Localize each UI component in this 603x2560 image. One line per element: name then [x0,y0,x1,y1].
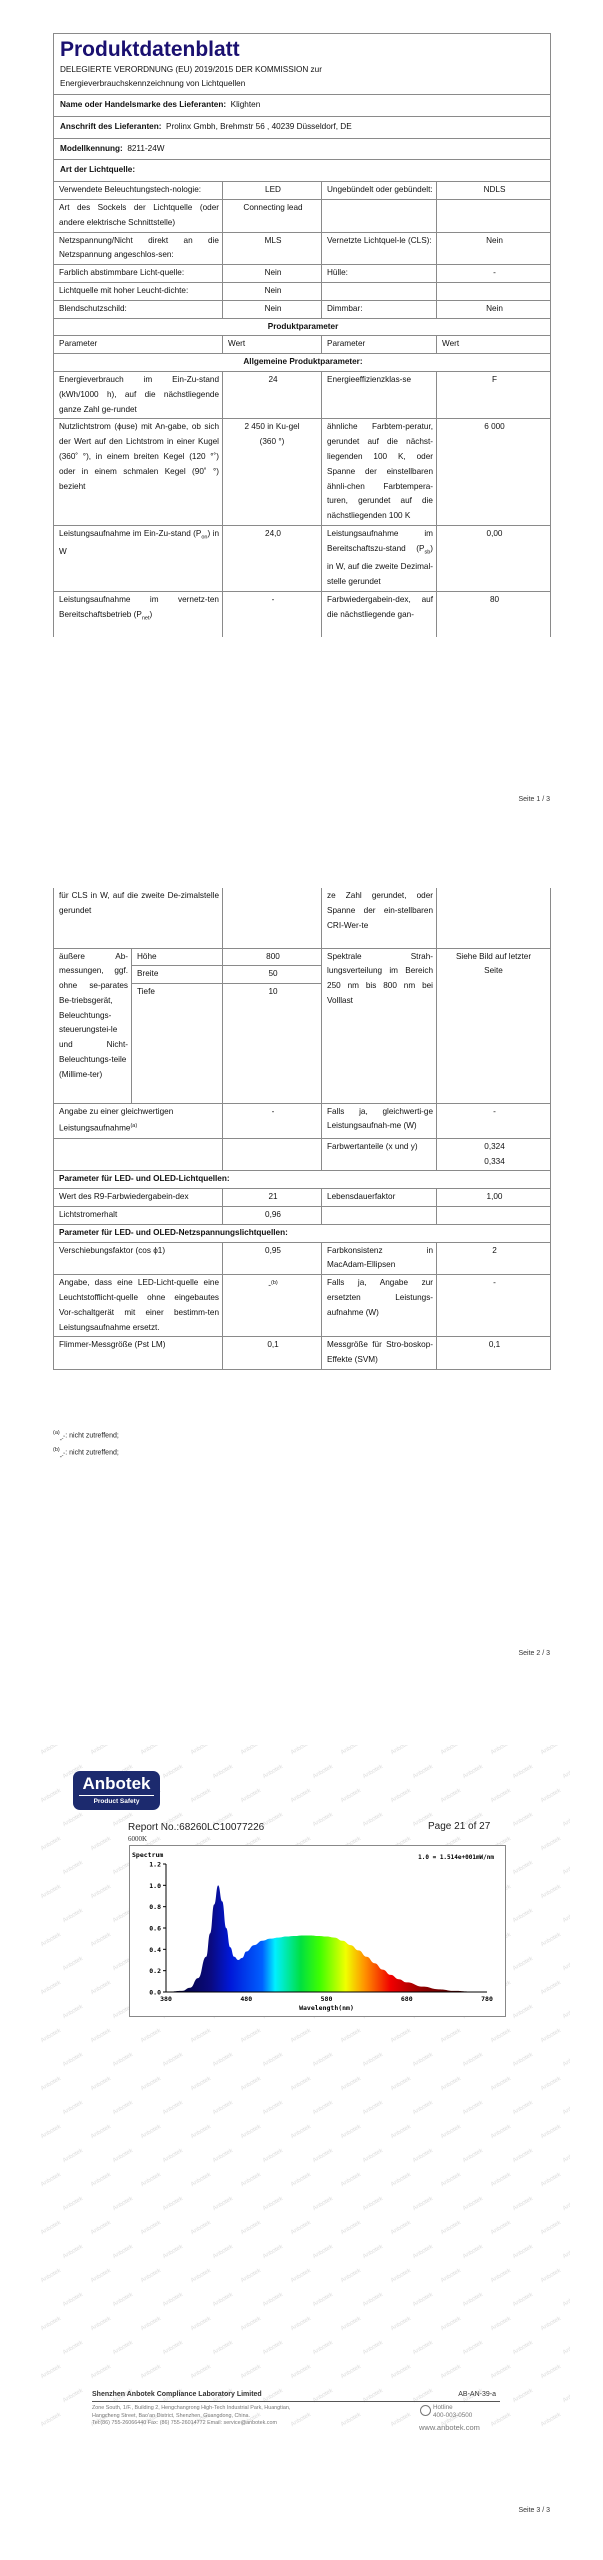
model-label: Modellkennung: [60,144,123,153]
row-value: 21 [223,1189,322,1207]
table-row: Leistungsaufnahme im vernetz-ten Bereits… [54,591,551,637]
supplier-name: Klighten [231,100,261,109]
row-label: Falls ja, Angabe zur ersetzten Leistungs… [322,1275,437,1337]
row-value: 0,96 [223,1207,322,1225]
table-row: Leistungsaufnahme im Ein-Zu-stand (Pon) … [54,525,551,591]
row-value: Siehe Bild auf letzter Seite [437,948,551,1103]
row-label: Lichtstromerhalt [54,1207,223,1225]
table-row: Angabe, dass eine LED-Licht-quelle eine … [54,1275,551,1337]
svg-text:0.4: 0.4 [149,1946,161,1954]
row-label: Energieverbrauch im Ein-Zu-stand (kWh/10… [54,371,223,418]
row-value: 0,95 [223,1242,322,1275]
row-label [322,199,437,232]
column-header: Parameter [322,336,437,354]
page-1: Produktdatenblatt DELEGIERTE VERORDNUNG … [0,0,603,880]
empty-cell [54,1138,223,1171]
supplier-address: Prolinx Gmbh, Brehmstr 56 , 40239 Düssel… [166,122,352,131]
column-header: Wert [223,336,322,354]
dimension-name: Breite [132,966,223,984]
row-value [437,1207,551,1225]
row-value: F [437,371,551,418]
row-label: Farblich abstimmbare Licht-quelle: [54,265,223,283]
dimensions-label: äußere Ab-messungen, ggf. ohne se-parate… [54,948,132,1103]
led-parameters-heading: Parameter für LED- und OLED-Lichtquellen… [54,1171,551,1189]
row-label [322,1207,437,1225]
report-number: Report No.:68260LC10077226 [128,1822,264,1833]
table-row: Farblich abstimmbare Licht-quelle: Nein … [54,265,551,283]
table-row: Lichtquelle mit hoher Leucht-dichte: Nei… [54,282,551,300]
table-row: Blendschutzschild: Nein Dimmbar: Nein [54,300,551,318]
row-value: Nein [437,300,551,318]
row-label: Verschiebungsfaktor (cos ϕ1) [54,1242,223,1275]
row-value: NDLS [437,182,551,200]
anbotek-logo: Anbotek Product Safety [73,1771,160,1810]
row-value: MLS [223,232,322,265]
mains-parameters-heading: Parameter für LED- und OLED-Netzspannung… [54,1224,551,1242]
row-label: Blendschutzschild: [54,300,223,318]
row-label: Dimmbar: [322,300,437,318]
page-3: AnbotekAnbotekAnbotekAnbotekAnbotekAnbot… [0,1680,603,2560]
table-row: Lichtstromerhalt 0,96 [54,1207,551,1225]
row-value: - [223,1103,322,1138]
cct-label: 6000K [128,1835,147,1843]
row-value: 24 [223,371,322,418]
svg-text:480: 480 [240,1995,252,2003]
row-value [223,888,322,948]
product-parameters-heading: Produktparameter [54,318,551,336]
svg-text:580: 580 [321,1995,333,2003]
row-value: - [437,1103,551,1138]
row-label: Energieeffizienzklas-se [322,371,437,418]
row-value: 80 [437,591,551,637]
row-label: Netzspannung/Nicht direkt an die Netzspa… [54,232,223,265]
row-label: Leistungsaufnahme im Ein-Zu-stand (Pon) … [54,525,223,591]
svg-text:Wavelength(nm): Wavelength(nm) [299,2004,354,2012]
row-value: 2 450 in Ku-gel (360 °) [223,419,322,526]
document-title: Produktdatenblatt [60,35,547,63]
row-label: Angabe zu einer gleichwertigen Leistungs… [54,1103,223,1138]
table-row: Wert des R9-Farbwiedergabein-dex 21 Lebe… [54,1189,551,1207]
row-label [322,282,437,300]
dimension-name: Tiefe [132,984,223,1103]
row-value: -(b) [223,1275,322,1337]
row-label: Art des Sockels der Lichtquelle (oder an… [54,199,223,232]
row-label: Farbkonsistenz in MacAdam-Ellipsen [322,1242,437,1275]
column-header-row: Parameter Wert Parameter Wert [54,336,551,354]
row-value: LED [223,182,322,200]
row-value [437,282,551,300]
page-2: für CLS in W, auf die zweite De-zimalste… [0,880,603,1680]
row-value [437,888,551,948]
table-row: Verschiebungsfaktor (cos ϕ1) 0,95 Farbko… [54,1242,551,1275]
dimensions-row: äußere Ab-messungen, ggf. ohne se-parate… [54,948,551,966]
row-value: 1,00 [437,1189,551,1207]
svg-text:0.8: 0.8 [149,1903,161,1911]
footer-code: AB-AN-39-a [458,2391,496,2398]
svg-text:0.2: 0.2 [149,1967,161,1975]
row-value: 2 [437,1242,551,1275]
page-number: Seite 2 / 3 [518,1650,550,1657]
table-row: Netzspannung/Nicht direkt an die Netzspa… [54,232,551,265]
row-value: Nein [223,282,322,300]
row-value: Nein [223,265,322,283]
table-row: Nutzlichtstrom (ϕuse) mit An-gabe, ob si… [54,419,551,526]
row-label: Nutzlichtstrom (ϕuse) mit An-gabe, ob si… [54,419,223,526]
row-value: 24,0 [223,525,322,591]
footer-company: Shenzhen Anbotek Compliance Laboratory L… [92,2391,262,2398]
table-row: Energieverbrauch im Ein-Zu-stand (kWh/10… [54,371,551,418]
empty-cell [223,1138,322,1171]
table-row: für CLS in W, auf die zweite De-zimalste… [54,888,551,948]
row-label: Angabe, dass eine LED-Licht-quelle eine … [54,1275,223,1337]
svg-text:380: 380 [160,1995,172,2003]
row-label: Farbwiedergabein-dex, auf die nächstlieg… [322,591,437,637]
table-row: Farbwertanteile (x und y) 0,3240,334 [54,1138,551,1171]
page-number: Seite 3 / 3 [518,2507,550,2514]
row-label: Lichtquelle mit hoher Leucht-dichte: [54,282,223,300]
table-row: Flimmer-Messgröße (Pst LM) 0,1 Messgröße… [54,1337,551,1370]
svg-text:1.0: 1.0 [149,1882,161,1890]
footnote-b: (b)„-“: nicht zutreffend; [53,1442,119,1465]
row-label: Falls ja, gleichwerti-ge Leistungsaufnah… [322,1103,437,1138]
phone-icon [420,2405,431,2416]
row-label: Leistungsaufnahme im Bereitschaftszu-sta… [322,525,437,591]
row-value: - [223,591,322,637]
row-label: ze Zahl gerundet, oder Spanne der ein-st… [322,888,437,948]
light-source-type-heading: Art der Lichtquelle: [54,160,551,182]
row-value: Nein [437,232,551,265]
svg-text:Spectrum: Spectrum [132,1851,163,1859]
general-parameters-heading: Allgemeine Produktparameter: [54,354,551,372]
row-value: 0,1 [437,1337,551,1370]
svg-text:680: 680 [401,1995,413,2003]
spectrum-plot: 0.00.20.40.60.81.01.2380480580680780Spec… [130,1846,505,2016]
svg-text:1.2: 1.2 [149,1861,161,1869]
dimension-name: Höhe [132,948,223,966]
row-label: Wert des R9-Farbwiedergabein-dex [54,1189,223,1207]
product-data-table-page2: für CLS in W, auf die zweite De-zimalste… [53,888,551,1370]
table-row: Verwendete Beleuchtungstech-nologie: LED… [54,182,551,200]
row-label: Leistungsaufnahme im vernetz-ten Bereits… [54,591,223,637]
svg-text:780: 780 [481,1995,493,2003]
row-value: 0,1 [223,1337,322,1370]
row-label: Farbwertanteile (x und y) [322,1138,437,1171]
row-label: Spektrale Strah-lungsverteilung im Berei… [322,948,437,1103]
row-label: Lebensdauerfaktor [322,1189,437,1207]
product-data-table-page1: Produktdatenblatt DELEGIERTE VERORDNUNG … [53,33,551,637]
row-value: 6 000 [437,419,551,526]
row-value: 0,3240,334 [437,1138,551,1171]
supplier-address-label: Anschrift des Lieferanten: [60,122,161,131]
footer-divider [92,2401,500,2402]
chromaticity-y: 0,334 [442,1155,547,1170]
footer-address: Zone South, 1/F., Building 2, Hengchangr… [92,2405,290,2428]
row-label: Vernetzte Lichtquel-le (CLS): [322,232,437,265]
column-header: Parameter [54,336,223,354]
supplier-name-label: Name oder Handelsmarke des Lieferanten: [60,100,226,109]
report-page: Page 21 of 27 [428,1821,490,1832]
dimension-value: 50 [223,966,322,984]
spectrum-chart: 0.00.20.40.60.81.01.2380480580680780Spec… [129,1845,506,2017]
model-id: 8211-24W [127,144,164,153]
row-value: - [437,265,551,283]
table-row: Art des Sockels der Lichtquelle (oder an… [54,199,551,232]
row-value: 0,00 [437,525,551,591]
row-label: Ungebündelt oder gebündelt: [322,182,437,200]
dimension-value: 800 [223,948,322,966]
row-label: für CLS in W, auf die zweite De-zimalste… [54,888,223,948]
page-number: Seite 1 / 3 [518,796,550,803]
row-label: Messgröße für Stro-boskop-Effekte (SVM) [322,1337,437,1370]
row-value: - [437,1275,551,1337]
regulation-text: DELEGIERTE VERORDNUNG (EU) 2019/2015 DER… [60,63,420,91]
footer-website: www.anbotek.com [419,2423,480,2432]
footer-hotline: Hotline 400-003-0500 [433,2404,472,2419]
svg-text:0.6: 0.6 [149,1925,161,1933]
dimension-value: 10 [223,984,322,1103]
chromaticity-x: 0,324 [442,1140,547,1155]
row-value [437,199,551,232]
row-label: Flimmer-Messgröße (Pst LM) [54,1337,223,1370]
svg-text:1.0 = 1.514e+001mW/nm: 1.0 = 1.514e+001mW/nm [418,1854,494,1861]
row-value: Nein [223,300,322,318]
table-row: Angabe zu einer gleichwertigen Leistungs… [54,1103,551,1138]
row-label: ähnliche Farbtem-peratur, gerundet auf d… [322,419,437,526]
column-header: Wert [437,336,551,354]
row-label: Verwendete Beleuchtungstech-nologie: [54,182,223,200]
row-value: Connecting lead [223,199,322,232]
row-label: Hülle: [322,265,437,283]
